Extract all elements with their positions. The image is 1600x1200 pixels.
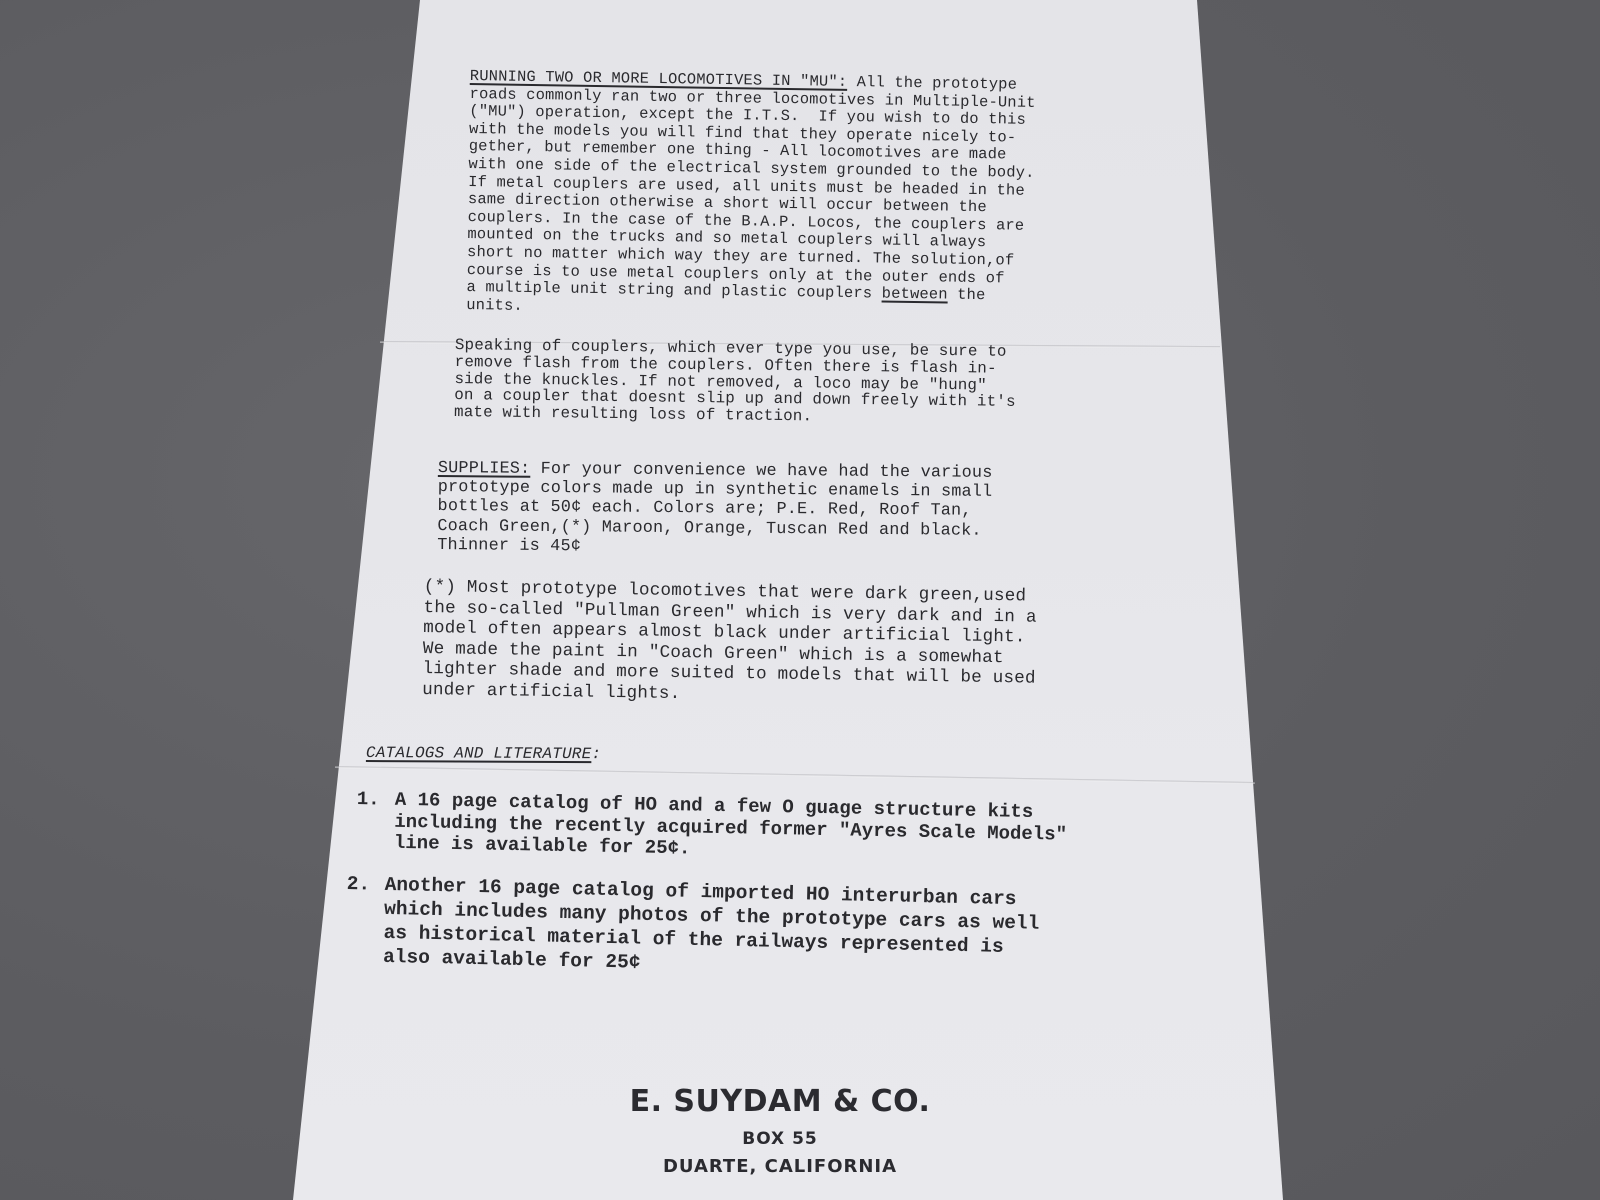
item-number: 2. xyxy=(346,872,370,897)
section-note: (*) Most prototype locomotives that were… xyxy=(422,577,1037,710)
company-city: DUARTE, CALIFORNIA xyxy=(600,1156,960,1177)
text-line: the xyxy=(948,286,986,305)
section-mu: RUNNING TWO OR MORE LOCOMOTIVES IN "MU":… xyxy=(466,68,1036,323)
underlined-word: between xyxy=(882,285,948,304)
section-couplers: Speaking of couplers, which ever type yo… xyxy=(454,337,1016,428)
section-supplies: SUPPLIES: For your convenience we have h… xyxy=(437,459,992,560)
catalog-item-1: 1. A 16 page catalog of HO and a few O g… xyxy=(356,789,380,854)
heading-colon: : xyxy=(591,745,601,763)
company-address: BOX 55 xyxy=(600,1129,960,1149)
catalogs-heading: CATALOGS AND LITERATURE: xyxy=(366,744,601,763)
supplies-heading: SUPPLIES: xyxy=(438,459,531,479)
catalogs-heading-text: CATALOGS AND LITERATURE xyxy=(366,744,592,763)
company-name: E. SUYDAM & CO. xyxy=(600,1084,960,1119)
item-number: 1. xyxy=(357,789,380,811)
catalog-item-2: 2. Another 16 page catalog of imported H… xyxy=(345,872,370,945)
